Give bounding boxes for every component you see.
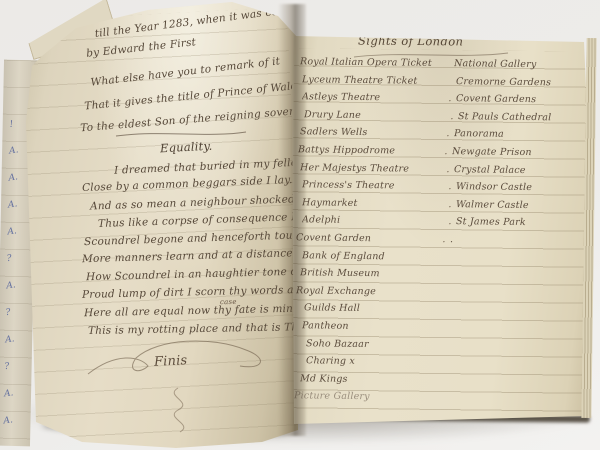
column-dot: . (442, 128, 454, 139)
sight-name (458, 312, 586, 314)
sight-name (460, 365, 588, 367)
edge-annotation: A. (5, 334, 15, 345)
sight-name: Bank of England (302, 250, 444, 263)
poem-title: Equality. (160, 139, 213, 156)
book-gutter-shadow (278, 4, 306, 436)
sight-name: Covent Garden (296, 232, 438, 245)
right-page-number: 12 (555, 29, 567, 40)
sight-name (460, 348, 588, 350)
sight-name: Haymarket (302, 197, 444, 210)
sight-name: Covent Gardens (456, 93, 584, 106)
list-title: Sights of London (358, 34, 464, 49)
right-page: 12 Sights of London Royal Italian Opera … (292, 28, 590, 424)
edge-annotation: ? (4, 362, 10, 373)
column-dot: . (446, 111, 458, 122)
sight-name: Lyceum Theatre Ticket (302, 74, 444, 87)
sight-name: Royal Italian Opera Ticket (300, 56, 442, 69)
sight-name (456, 260, 584, 262)
sight-name: Cremorne Gardens (456, 76, 584, 89)
edge-annotation: A. (8, 172, 18, 183)
finis-label: Finis (154, 353, 188, 370)
sight-name: Panorama (454, 128, 582, 141)
sight-name: Princess's Theatre (302, 179, 444, 192)
sight-name: St Pauls Cathedral (458, 111, 586, 124)
sight-name: Md Kings (300, 373, 442, 386)
column-dot: . (444, 216, 456, 227)
left-page: 11 till the Year 1283, when it was conqu… (26, 2, 298, 448)
sight-name: British Museum (300, 267, 442, 280)
sight-name: . (450, 234, 578, 247)
sight-name: Soho Bazaar (306, 338, 448, 351)
edge-annotation: ? (6, 254, 12, 265)
edge-annotation: A. (7, 226, 17, 237)
edge-annotation: A. (7, 199, 17, 210)
column-dot: . (442, 164, 454, 175)
sight-name: Sadlers Wells (300, 126, 442, 139)
sight-name (454, 277, 582, 279)
sight-name: National Gallery (454, 58, 582, 71)
manuscript-photo: ! A. A. A. A. ? A. ? A. ? A. A. 11 till … (0, 0, 600, 450)
column-dot: . (444, 199, 456, 210)
sight-name (456, 330, 584, 332)
column-dot: . (444, 181, 456, 192)
edge-annotation: A. (3, 388, 13, 399)
edge-annotation: A. (6, 280, 16, 291)
edge-annotation: A. (3, 415, 13, 426)
sight-name: Windsor Castle (456, 181, 584, 194)
sight-name: Newgate Prison (452, 146, 580, 159)
sight-name: Picture Gallery (294, 390, 436, 403)
column-dot: . (438, 234, 450, 245)
edge-annotation: ! (9, 120, 14, 130)
sight-name: Guilds Hall (304, 302, 446, 315)
sight-name: St James Park (456, 216, 584, 229)
sight-name: Pantheon (302, 320, 444, 333)
sight-name (448, 400, 576, 402)
sight-name: Walmer Castle (456, 199, 584, 212)
sight-name (450, 295, 578, 297)
sight-name (454, 383, 582, 385)
column-dot: . (440, 146, 452, 157)
sight-name: Battys Hippodrome (298, 144, 440, 157)
sight-name: Crystal Palace (454, 164, 582, 177)
finis-flourish (82, 336, 282, 440)
sight-name: Astleys Theatre (302, 91, 444, 104)
sight-name: Royal Exchange (296, 285, 438, 298)
edge-annotation: A. (9, 145, 19, 156)
edge-annotation: ? (5, 308, 11, 319)
sight-name: Her Majestys Theatre (300, 162, 442, 175)
column-dot: . (444, 93, 456, 104)
underline-flourish (112, 128, 252, 140)
sight-name: Drury Lane (304, 109, 446, 122)
sight-name: Adelphi (302, 214, 444, 227)
sight-name: Charing x (306, 355, 448, 368)
